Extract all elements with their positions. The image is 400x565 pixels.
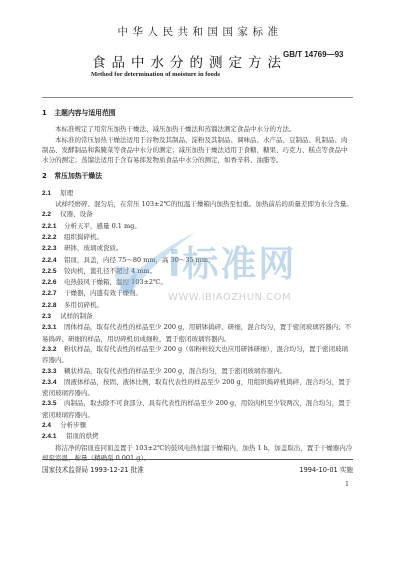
section-title: 常压加热干燥法: [54, 172, 102, 180]
footer-divider: [42, 459, 353, 460]
subsection-title: 铝皿的烘烤: [66, 432, 99, 440]
approval-date: 国家技术监督局 1993-12-21 批准: [42, 464, 144, 474]
implementation-date: 1994-10-01 实施: [299, 464, 353, 474]
paragraph: 将洁净的铝皿连同皿盖置于 103±2℃的鼓风电热恒温干燥箱内，加热 1 h，加盖…: [42, 443, 353, 464]
subsection-title: 分析步骤: [60, 421, 86, 429]
item-number: 2.2.2: [42, 233, 64, 243]
item-number: 2.3.4: [42, 378, 64, 388]
subsection-heading: 2.1 原理: [42, 188, 353, 199]
section-1-heading: 1 主题内容与适用范围: [42, 108, 353, 118]
section-number: 1: [42, 108, 52, 118]
item-text: 肉制品，取去除不可食部分、具有代表性的样品至少 200 g，用铰肉机至少铰两次，…: [42, 399, 351, 418]
list-item: 2.3.2粉状样品，取有代表性的样品至少 200 g（如粉粒较大也应用研钵研细）…: [42, 344, 353, 366]
header-divider: [42, 97, 353, 98]
item-text: 固液体样品，按固、液体比例，取有代表性的样品至少 200 g，用组织捣碎机捣碎，…: [42, 378, 351, 397]
item-text: 固体样品，取有代表性的样品至少 200 g，用研钵捣碎、研细，混合均匀，置于密闭…: [42, 323, 351, 342]
subsection-number: 2.1: [42, 189, 58, 199]
watermark-logo: i标准网: [168, 236, 296, 287]
list-item: 2.3.1固体样品，取有代表性的样品至少 200 g，用研钵捣碎、研细，混合均匀…: [42, 322, 353, 344]
item-text: 多用切碎机。: [64, 301, 103, 309]
section-number: 2: [42, 171, 52, 181]
list-item: 2.3.4固液体样品，按固、液体比例，取有代表性的样品至少 200 g，用组织捣…: [42, 377, 353, 399]
subsection-title: 原理: [60, 189, 73, 197]
subsection-heading: 2.3 试样的制备: [42, 311, 353, 322]
national-standard-heading: 中华人民共和国国家标准: [0, 24, 400, 39]
item-number: 2.2.5: [42, 267, 64, 277]
paragraph: 试样经磨碎、混匀后，在常压 103±2℃的恒温干燥箱内加热至恒重。加热前后的质量…: [42, 199, 353, 209]
page-number: 1: [345, 481, 349, 488]
item-number: 2.3.3: [42, 367, 64, 377]
item-number: 2.2.1: [42, 222, 64, 232]
item-number: 2.2.4: [42, 256, 64, 266]
subsection-number: 2.4: [42, 421, 58, 431]
item-text: 粉状样品，取有代表性的样品至少 200 g（如粉粒较大也应用研钵研细），混合均匀…: [42, 345, 348, 364]
standard-number: GB/T 14769—93: [283, 50, 343, 59]
item-number: 2.3.1: [42, 323, 64, 333]
item-text: 组织捣碎机。: [64, 233, 103, 241]
item-number: 2.2.3: [42, 244, 64, 254]
section-2-heading: 2 常压加热干燥法: [42, 171, 353, 181]
item-number: 2.2.7: [42, 289, 64, 299]
subsection-heading: 2.4.1 铝皿的烘烤: [42, 431, 353, 442]
subsection-title: 试样的制备: [60, 312, 93, 320]
document-page: 中华人民共和国国家标准 食品中水分的测定方法 GB/T 14769—93 Met…: [0, 0, 400, 565]
watermark-url: WWW.iBIAOZHUN.COM: [168, 292, 291, 303]
subsection-title: 仪器、设备: [60, 210, 93, 218]
subsection-number: 2.3: [42, 312, 58, 322]
subsection-heading: 2.4 分析步骤: [42, 420, 353, 431]
section-title: 主题内容与适用范围: [54, 109, 115, 117]
item-number: 2.3.2: [42, 345, 64, 355]
list-item: 2.3.3糊状样品，取有代表性的样品至少 200 g，混合均匀，置于密闭玻璃容器…: [42, 366, 353, 377]
document-title-cn: 食品中水分的测定方法: [92, 51, 287, 71]
subsection-number: 2.2: [42, 210, 58, 220]
paragraph: 本标准的常压加热干燥法适用于谷物及其制品、淀粉及其制品、调味品、水产品、豆制品、…: [42, 135, 353, 166]
item-text: 糊状样品，取有代表性的样品至少 200 g，混合均匀，置于密闭玻璃容器内。: [64, 367, 286, 375]
subsection-heading: 2.2 仪器、设备: [42, 209, 353, 220]
item-number: 2.2.6: [42, 278, 64, 288]
list-item: 2.3.5肉制品，取去除不可食部分、具有代表性的样品至少 200 g，用铰肉机至…: [42, 398, 353, 420]
subsection-number: 2.4.1: [42, 432, 64, 442]
item-number: 2.3.5: [42, 399, 64, 409]
paragraph: 本标准规定了用常压加热干燥法、减压加热干燥法和蒸馏法测定食品中水分的方法。: [42, 124, 353, 134]
item-number: 2.2.8: [42, 301, 64, 311]
document-title-en: Method for determination of moisture in …: [91, 71, 220, 78]
